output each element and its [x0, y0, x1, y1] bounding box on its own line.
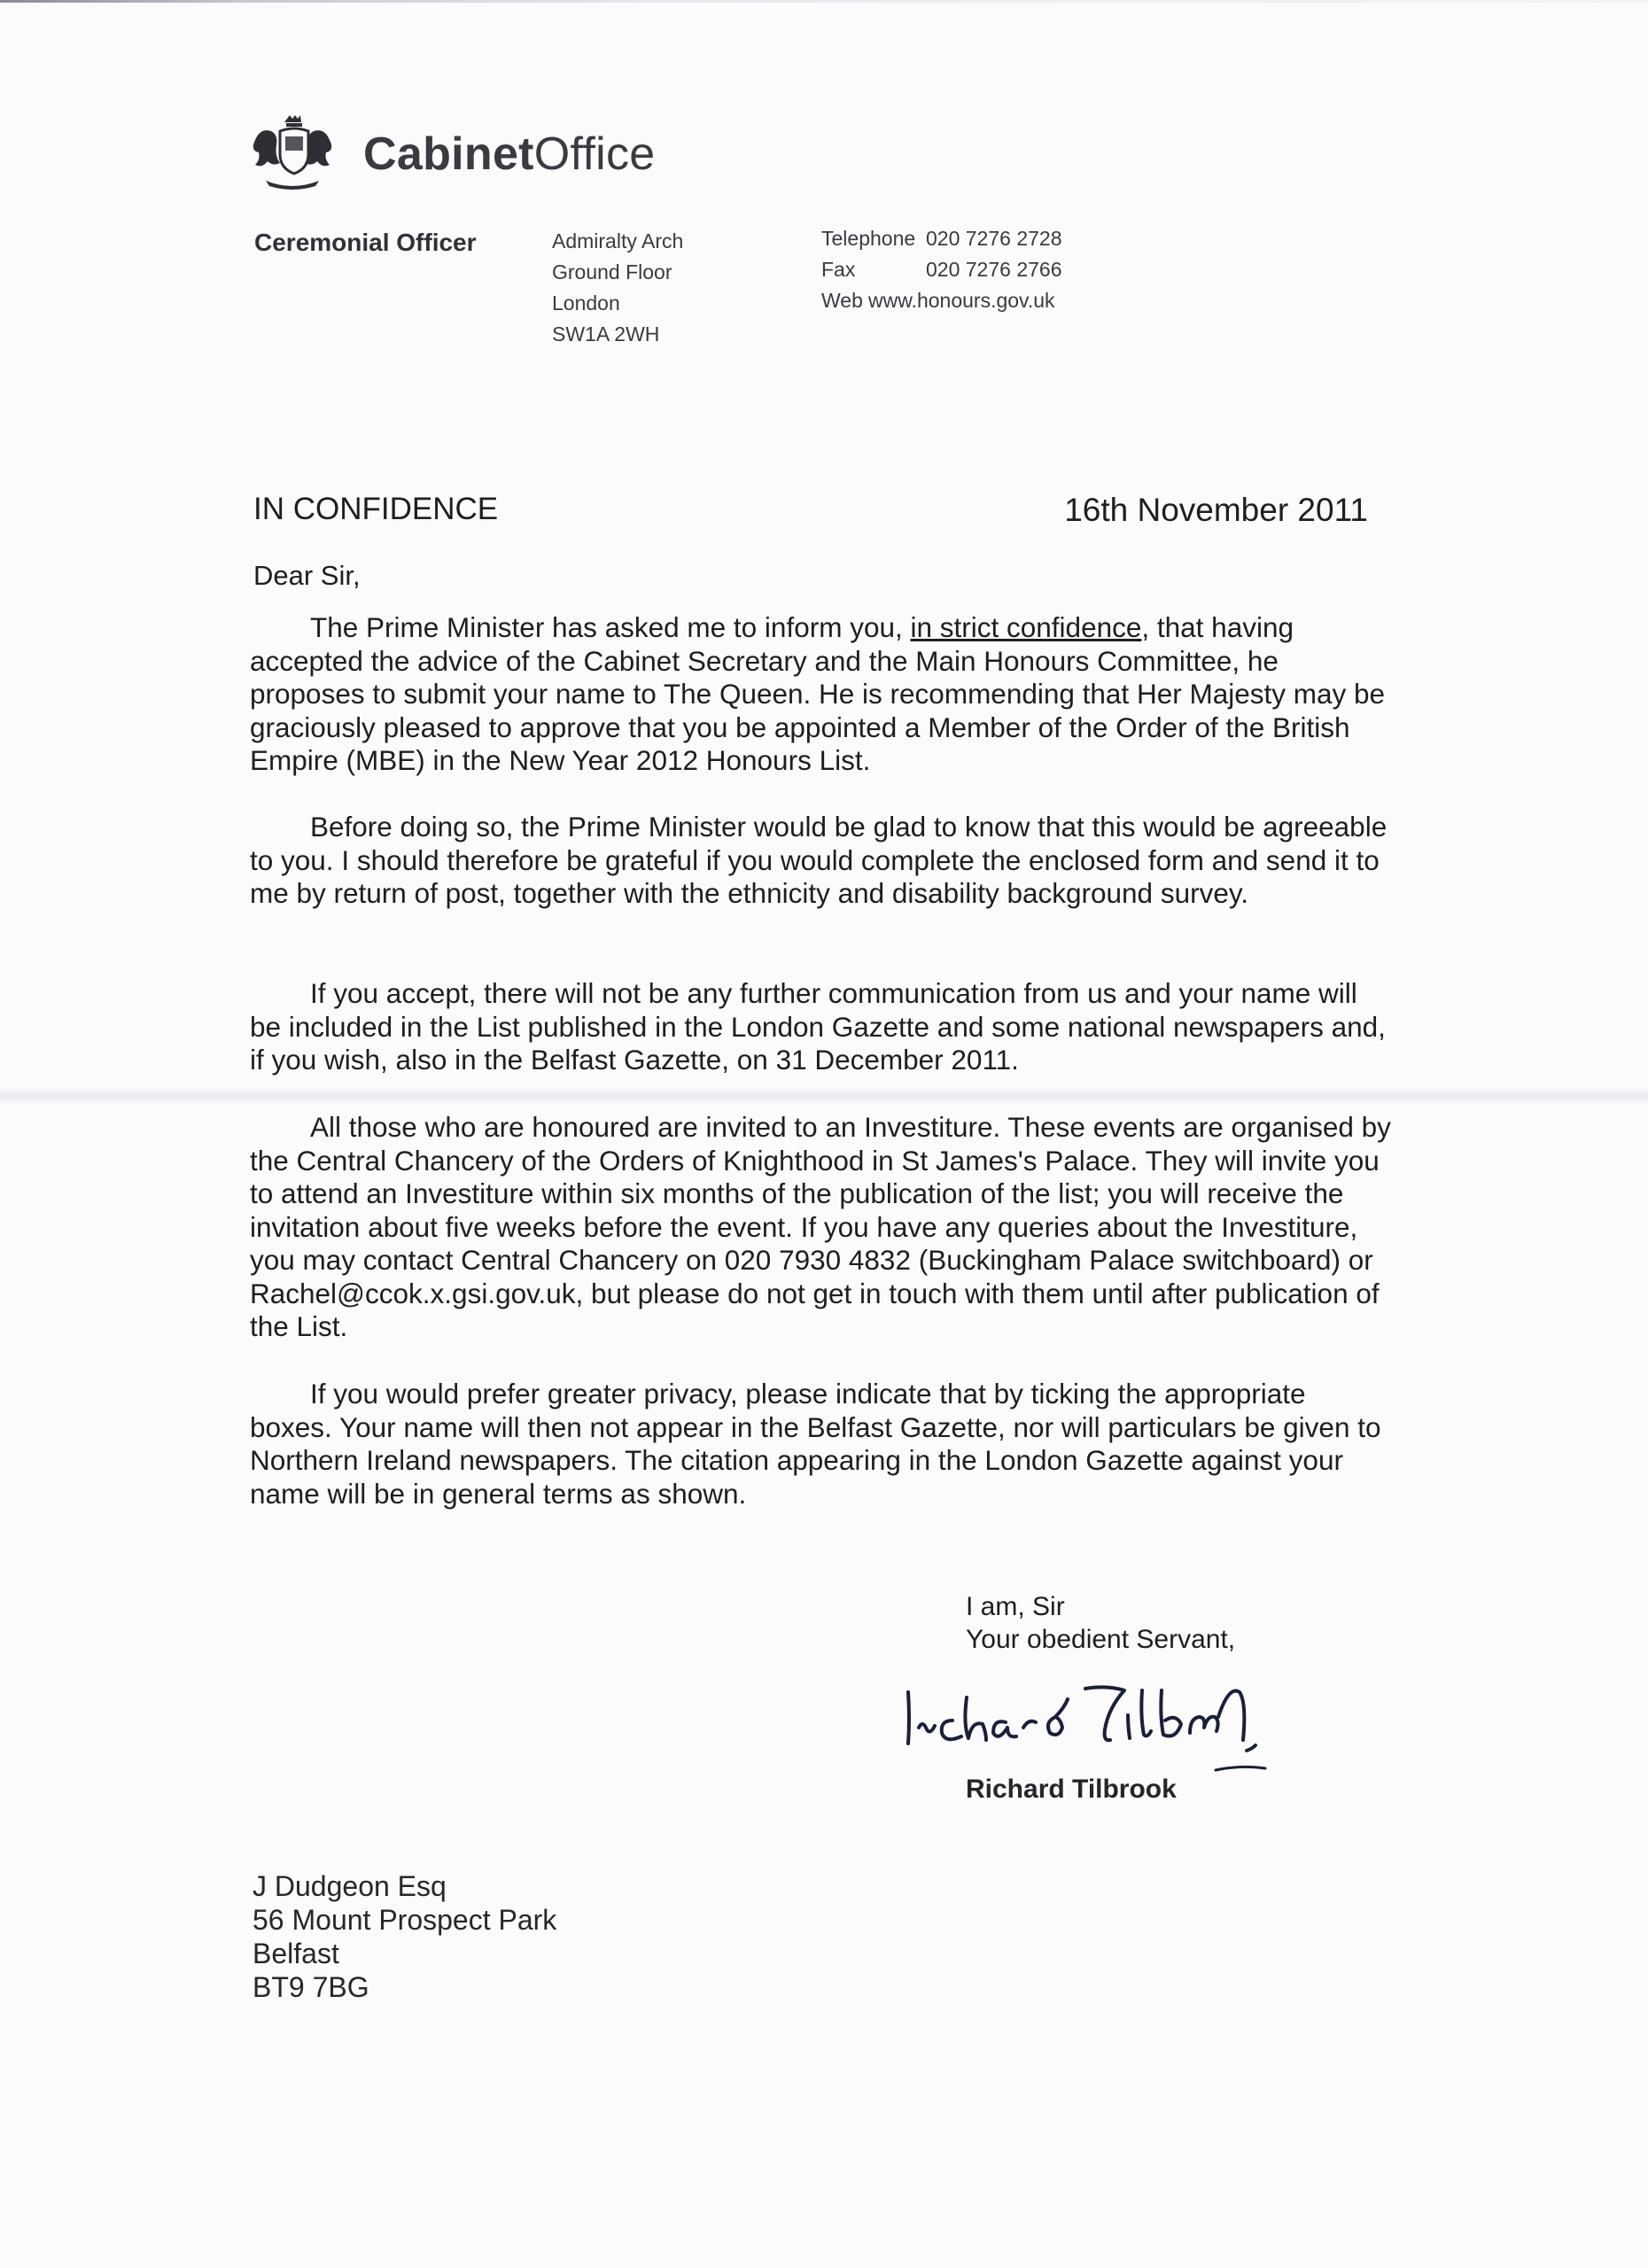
- brand-wordmark: CabinetOffice: [363, 128, 655, 181]
- letter-date: 16th November 2011: [1064, 492, 1368, 529]
- closing-line-1: I am, Sir: [966, 1590, 1235, 1623]
- cabinet-office-logo: CabinetOffice: [248, 113, 655, 195]
- fax-number: 020 7276 2766: [926, 254, 1062, 285]
- recipient-city: Belfast: [253, 1937, 556, 1970]
- address-line: SW1A 2WH: [552, 319, 683, 350]
- paragraph-2-text: Before doing so, the Prime Minister woul…: [250, 811, 1393, 911]
- paragraph-3-text: If you accept, there will not be any fur…: [250, 977, 1393, 1077]
- handwritten-signature-icon: [899, 1666, 1360, 1763]
- recipient-name: J Dudgeon Esq: [253, 1869, 556, 1903]
- telephone-row: Telephone 020 7276 2728: [821, 223, 1062, 254]
- classification-marking: IN CONFIDENCE: [253, 492, 498, 527]
- web-label: Web: [821, 285, 868, 316]
- recipient-street: 56 Mount Prospect Park: [253, 1903, 556, 1937]
- web-address: www.honours.gov.uk: [868, 285, 1055, 316]
- signature-underline-stroke: [1214, 1763, 1267, 1774]
- paragraph-1: The Prime Minister has asked me to infor…: [250, 611, 1393, 778]
- web-row: Web www.honours.gov.uk: [821, 285, 1062, 316]
- paragraph-4: All those who are honoured are invited t…: [250, 1111, 1393, 1344]
- address-line: London: [552, 288, 683, 319]
- signer-name: Richard Tilbrook: [966, 1775, 1177, 1805]
- paragraph-5-text: If you would prefer greater privacy, ple…: [250, 1378, 1393, 1511]
- scan-edge: [0, 0, 1648, 3]
- salutation: Dear Sir,: [253, 560, 361, 592]
- address-line: Ground Floor: [552, 257, 683, 288]
- sender-address: Admiralty Arch Ground Floor London SW1A …: [552, 226, 683, 350]
- office-title: Ceremonial Officer: [254, 229, 477, 257]
- strict-confidence-emphasis: in strict confidence: [911, 611, 1142, 643]
- paragraph-2: Before doing so, the Prime Minister woul…: [250, 811, 1393, 911]
- fax-label: Fax: [821, 254, 926, 285]
- address-line: Admiralty Arch: [552, 226, 683, 257]
- closing: I am, Sir Your obedient Servant,: [966, 1590, 1235, 1656]
- sender-contact: Telephone 020 7276 2728 Fax 020 7276 276…: [821, 223, 1062, 316]
- recipient-address: J Dudgeon Esq 56 Mount Prospect Park Bel…: [253, 1869, 556, 2004]
- fax-row: Fax 020 7276 2766: [821, 254, 1062, 285]
- brand-bold: Cabinet: [363, 128, 534, 180]
- paragraph-1-start: The Prime Minister has asked me to infor…: [310, 611, 911, 643]
- paper-fold-shadow: [0, 1088, 1648, 1104]
- recipient-postcode: BT9 7BG: [253, 1970, 556, 2004]
- royal-coat-of-arms-icon: [248, 113, 337, 195]
- brand-regular: Office: [534, 128, 656, 180]
- paragraph-5: If you would prefer greater privacy, ple…: [250, 1378, 1393, 1511]
- paragraph-3: If you accept, there will not be any fur…: [250, 977, 1393, 1077]
- closing-line-2: Your obedient Servant,: [966, 1623, 1235, 1656]
- telephone-label: Telephone: [821, 223, 926, 254]
- telephone-number: 020 7276 2728: [926, 223, 1062, 254]
- paragraph-4-text: All those who are honoured are invited t…: [250, 1111, 1393, 1344]
